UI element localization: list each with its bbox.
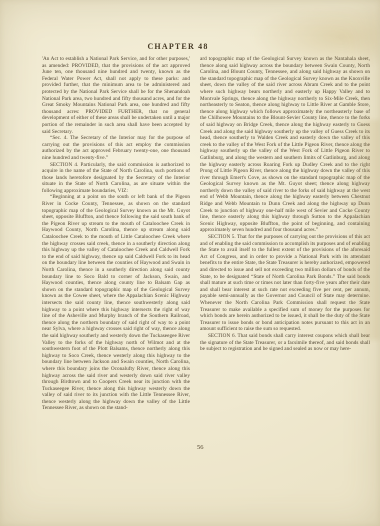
paragraph: SECTION 6. That said bonds shall carry i… — [200, 333, 370, 353]
paragraph: “Beginning at a point on the south or le… — [42, 194, 190, 412]
right-column: ard topographic map of the Geological Su… — [200, 56, 370, 412]
paragraph: ard topographic map of the Geological Su… — [200, 56, 370, 234]
paragraph: 'An Act to establish a National Park Ser… — [42, 56, 190, 135]
chapter-heading: CHAPTER 48 — [0, 0, 368, 51]
book-page: CHAPTER 48 'An Act to establish a Nation… — [0, 0, 380, 526]
paragraph: SECTION 4. Particularly, the said commis… — [42, 162, 190, 195]
page-number: 56 — [197, 444, 204, 451]
paragraph: SECTION 5. That for the purposes of carr… — [200, 234, 370, 333]
left-column: 'An Act to establish a National Park Ser… — [42, 56, 190, 412]
paragraph: “Sec. 4. The Secretary of the Interior m… — [42, 135, 190, 161]
text-columns: 'An Act to establish a National Park Ser… — [0, 51, 380, 412]
